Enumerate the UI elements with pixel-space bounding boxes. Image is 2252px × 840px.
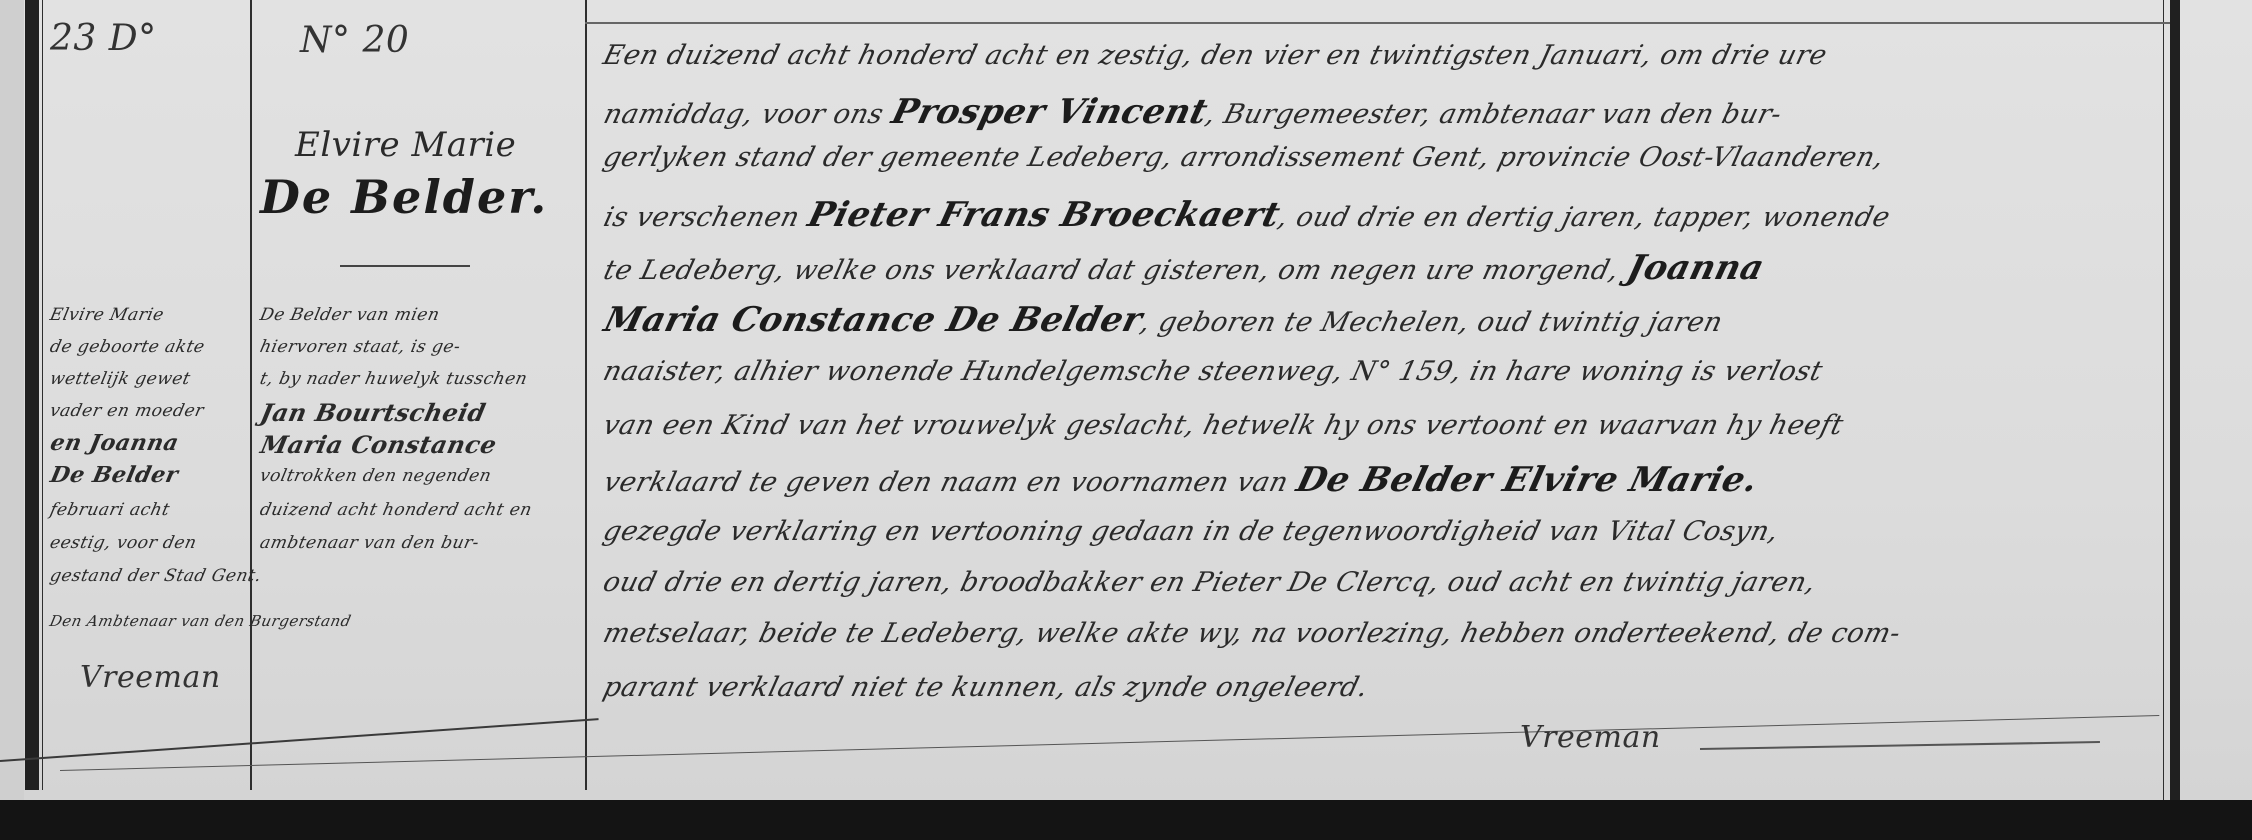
record-given-names: Elvire Marie (295, 125, 516, 165)
closing-flourish (0, 718, 599, 762)
left-thin-rule (42, 0, 43, 790)
record-note-line: Jan Bourtscheid (258, 398, 489, 427)
margin-note-line: vader en moeder (48, 401, 206, 421)
top-ruled-line (585, 22, 2170, 24)
register-page: 23 D° Elvire Marie de geboorte akte wett… (0, 0, 2252, 808)
column-divider-2 (585, 0, 587, 790)
main-text-line: is verschenen Pieter Frans Broeckaert, o… (600, 195, 1895, 235)
record-note-line: t, by nader huwelyk tusschen (258, 369, 529, 389)
mother-first-name: Joanna (1623, 248, 1768, 288)
margin-note-line: Elvire Marie (48, 305, 166, 325)
margin-note-line: eestig, voor den (48, 533, 199, 553)
margin-note-line: februari acht (48, 500, 172, 520)
margin-note-line: de geboorte akte (48, 337, 207, 357)
record-number: N° 20 (300, 20, 409, 61)
right-thick-rule (2170, 0, 2180, 800)
main-text-line: van een Kind van het vrouwelyk geslacht,… (600, 410, 1847, 441)
margin-signature: Vreeman (80, 660, 221, 695)
record-note-line: voltrokken den negenden (258, 466, 493, 486)
main-text-line: namiddag, voor ons Prosper Vincent, Burg… (600, 92, 1787, 132)
record-note-line: De Belder van mien (258, 305, 441, 325)
main-text-line: Een duizend acht honderd acht en zestig,… (600, 40, 1830, 71)
scan-border-bottom (0, 800, 2252, 840)
record-surname: De Belder. (260, 170, 548, 224)
main-text-line: parant verklaard niet te kunnen, als zyn… (600, 672, 1372, 703)
record-note-line: ambtenaar van den bur- (258, 533, 481, 553)
page-left-edge (0, 0, 24, 808)
main-text-line: Maria Constance De Belder, geboren te Me… (600, 300, 1728, 340)
left-binding-rule (25, 0, 39, 790)
official-signature: Vreeman (1520, 720, 1661, 755)
main-text-line: verklaard te geven den naam en voornamen… (600, 460, 1762, 500)
margin-note-line: en Joanna (48, 430, 181, 456)
main-text-line: gerlyken stand der gemeente Ledeberg, ar… (600, 142, 1887, 173)
mayor-name: Prosper Vincent (888, 92, 1212, 132)
signature-flourish (1700, 741, 2100, 750)
mother-name: Maria Constance De Belder (600, 300, 1147, 340)
margin-note-line: wettelijk gewet (48, 369, 192, 389)
main-text-line: naaister, alhier wonende Hundelgemsche s… (600, 356, 1826, 387)
record-note-line: hiervoren staat, is ge- (258, 337, 462, 357)
record-note-line: duizend acht honderd acht en (258, 500, 534, 520)
record-separator (340, 265, 470, 267)
child-name: De Belder Elvire Marie. (1292, 460, 1762, 500)
margin-note-line: gestand der Stad Gent. (48, 566, 263, 586)
main-text-line: te Ledeberg, welke ons verklaard dat gis… (600, 248, 1768, 288)
column-divider-1 (250, 0, 252, 790)
record-note-line: Maria Constance (258, 430, 499, 459)
closing-line (60, 715, 2159, 771)
margin-note-line: De Belder (48, 462, 181, 488)
declarant-name: Pieter Frans Broeckaert (804, 195, 1284, 235)
right-thin-rule (2163, 0, 2164, 800)
main-text-line: oud drie en dertig jaren, broodbakker en… (600, 567, 1819, 598)
main-text-line: gezegde verklaring en vertooning gedaan … (600, 516, 1782, 547)
main-text-line: metselaar, beide te Ledeberg, welke akte… (600, 618, 1904, 649)
margin-note-line: Den Ambtenaar van den Burgerstand (48, 612, 353, 630)
entry-date: 23 D° (50, 18, 157, 59)
